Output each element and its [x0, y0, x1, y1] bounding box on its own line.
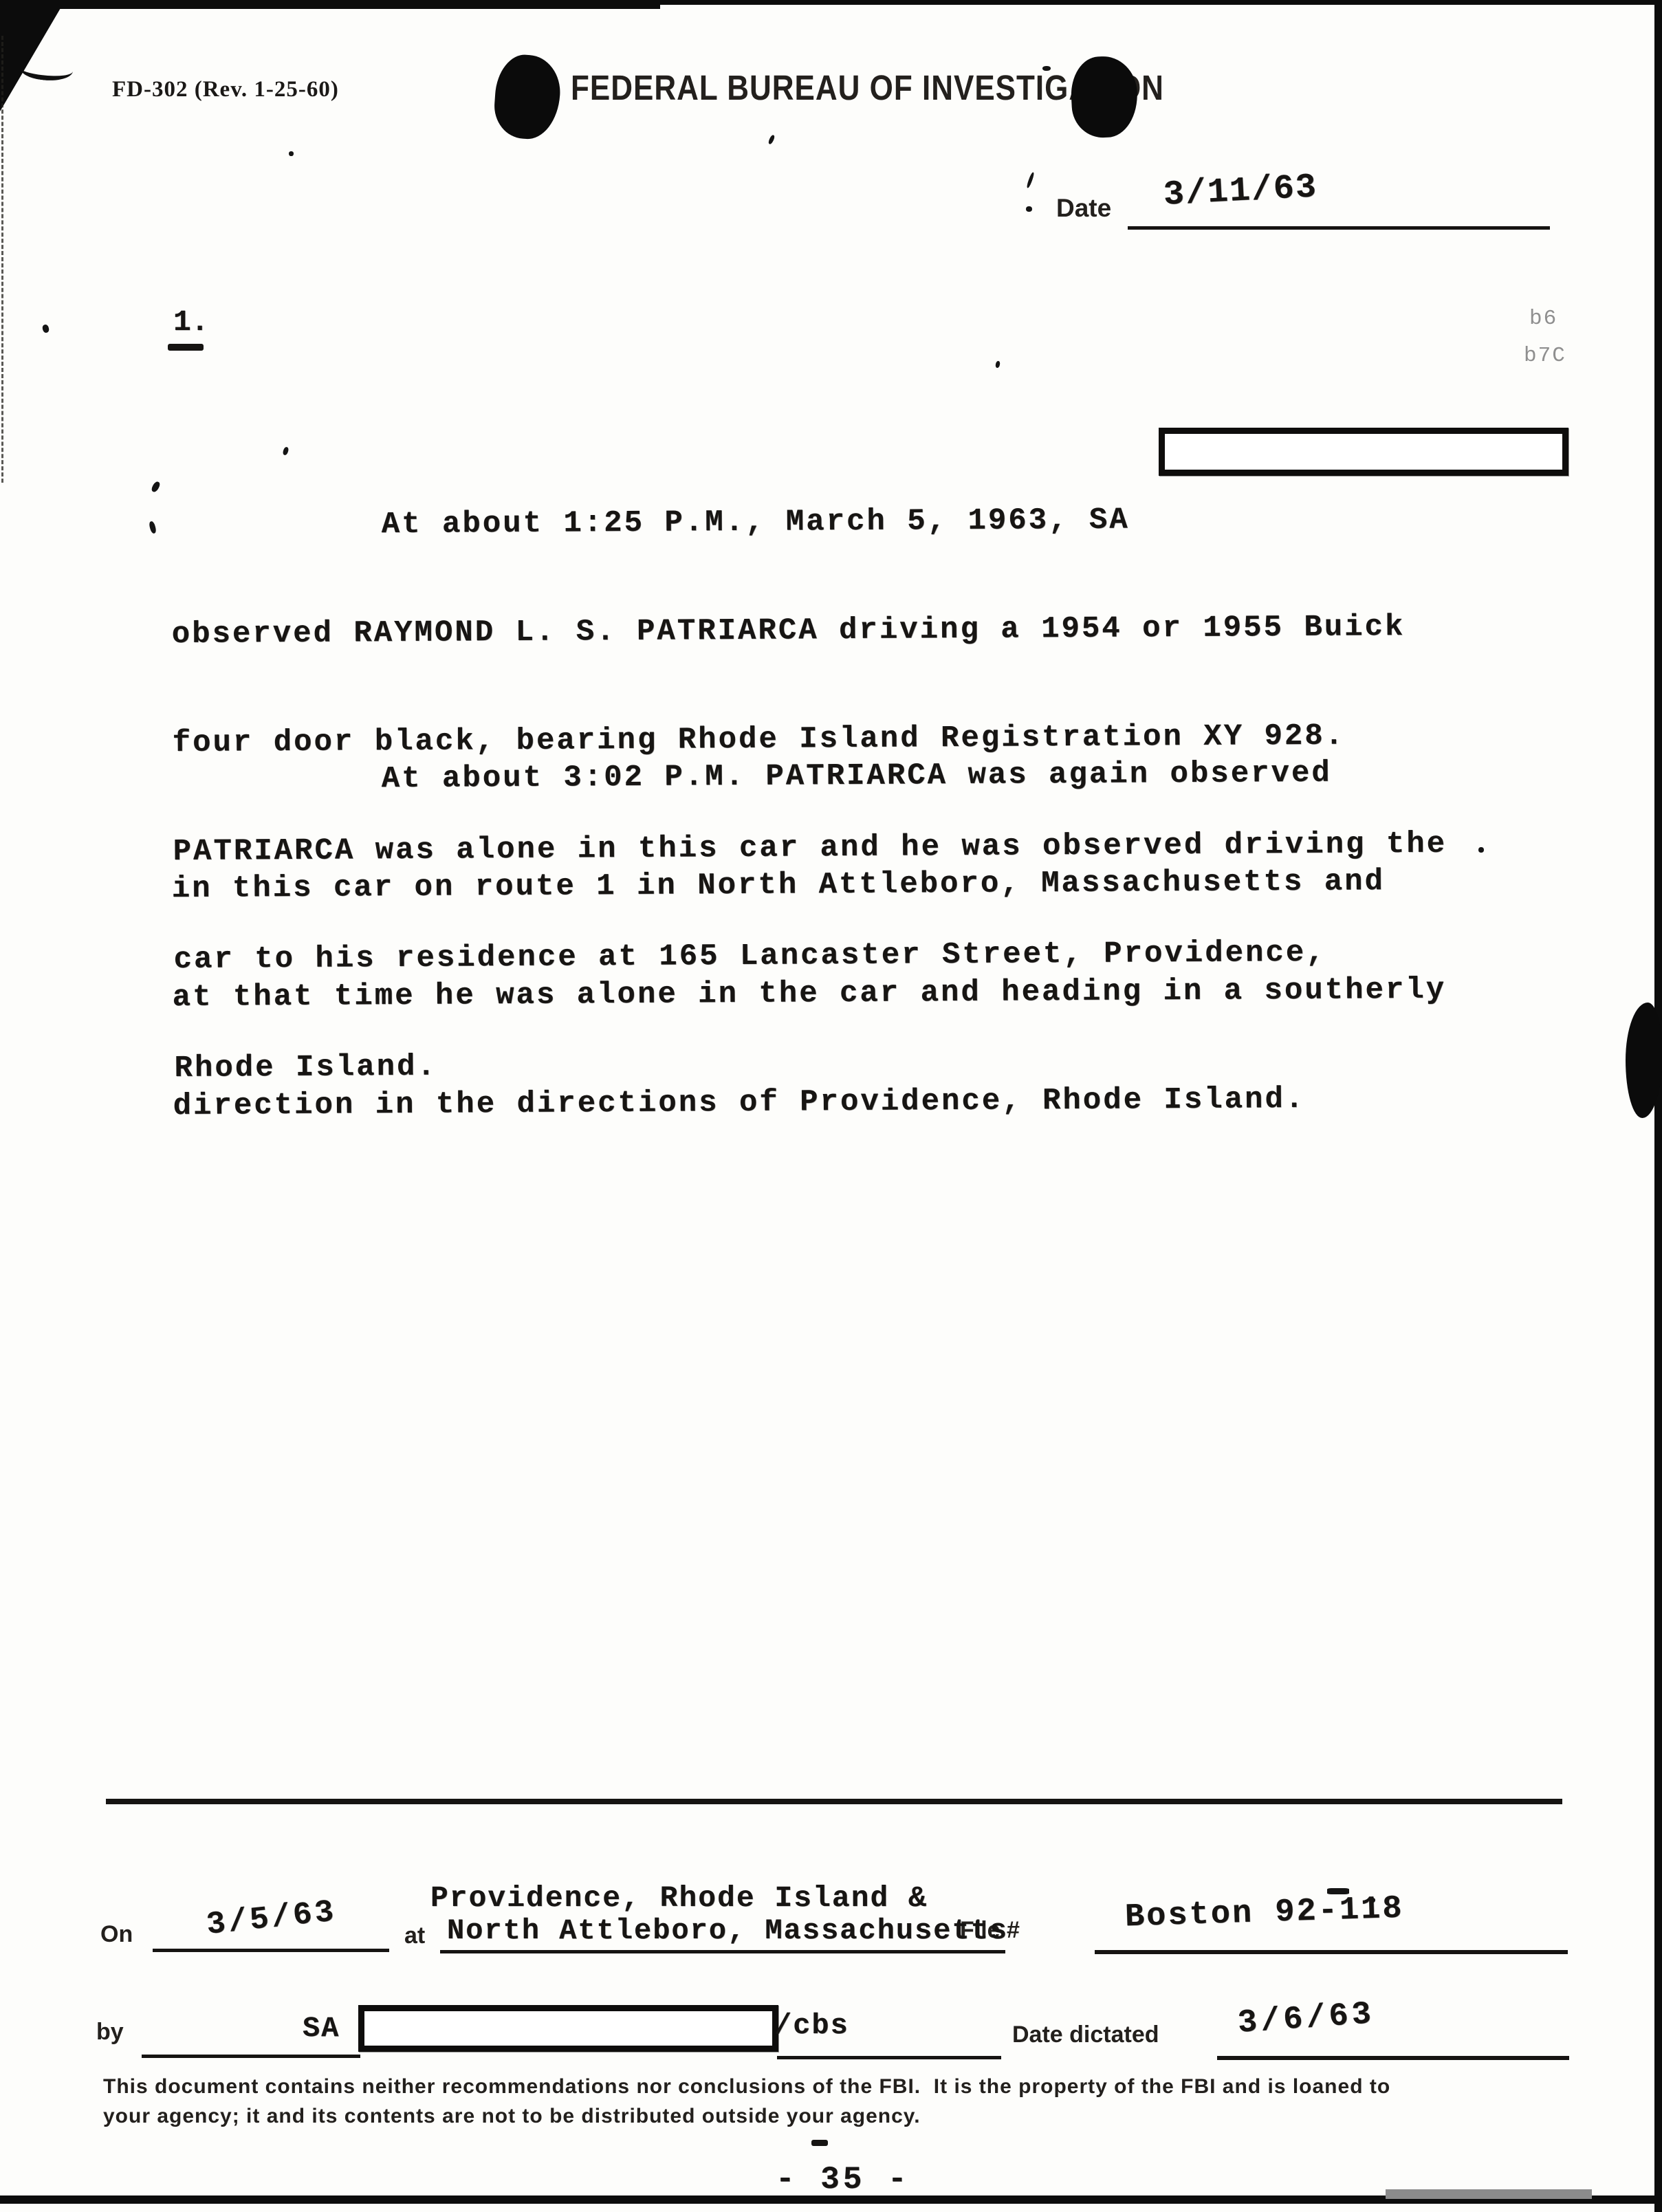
on-value: 3/5/63: [205, 1894, 338, 1943]
body-paragraph-2: At about 3:02 P.M. PATRIARCA was again o…: [171, 683, 1447, 1197]
ink-speck: [151, 481, 162, 493]
page-number-tick: [811, 2140, 828, 2146]
ink-speck: [1478, 847, 1484, 853]
file-underline: [1095, 1950, 1568, 1954]
body-line: direction in the directions of Providenc…: [173, 1080, 1447, 1124]
scan-edge-right: [1654, 0, 1662, 2212]
body-line: At about 1:25 P.M., March 5, 1963, SA: [171, 501, 1445, 545]
date-label: Date: [1056, 194, 1111, 223]
scan-edge-bottom-gray: [1386, 2189, 1592, 2199]
exemption-code-b6: b6: [1529, 307, 1557, 331]
at-value-line2: North Attleboro, Massachusetts: [447, 1914, 1008, 1947]
body-line: in this car on route 1 in North Attlebor…: [172, 864, 1446, 908]
body-line: At about 3:02 P.M. PATRIARCA was again o…: [171, 755, 1445, 799]
ink-speck: [1026, 172, 1035, 188]
redaction-box-by-agent: [358, 2005, 778, 2052]
by-value-suffix: /cbs: [774, 2009, 849, 2042]
by-underline-2: [777, 2056, 1001, 2059]
scan-corner-curl-mark: [19, 56, 74, 83]
item-number-underline: [168, 344, 204, 351]
fd302-document-page: FD-302 (Rev. 1-25-60) FEDERAL BUREAU OF …: [0, 0, 1662, 2212]
ink-blot-left: [492, 53, 562, 141]
ink-speck: [289, 151, 294, 156]
item-number: 1.: [173, 305, 209, 339]
disclaimer-line2: your agency; it and its contents are not…: [103, 2105, 921, 2128]
page-number: - 35 -: [776, 2162, 910, 2198]
ink-speck: [1026, 206, 1032, 212]
footer-separator-line: [106, 1799, 1562, 1804]
on-underline: [153, 1949, 389, 1952]
by-value-prefix: SA: [303, 2012, 340, 2045]
ink-speck: [42, 324, 50, 333]
by-label: by: [96, 2019, 124, 2046]
file-value: Boston 92-118: [1124, 1891, 1404, 1936]
on-label: On: [100, 1921, 133, 1948]
at-underline: [440, 1950, 1005, 1953]
at-label: at: [404, 1923, 425, 1949]
scan-edge-left-dashes: [1, 36, 3, 483]
date-dictated-underline: [1217, 2056, 1569, 2060]
exemption-code-b7c: b7C: [1524, 344, 1566, 368]
ink-speck: [995, 360, 1001, 368]
date-dictated-label: Date dictated: [1012, 2022, 1159, 2048]
ink-speck: [149, 521, 157, 534]
at-value-line1: Providence, Rhode Island &: [430, 1881, 928, 1915]
ink-speck: [767, 134, 775, 144]
disclaimer-line1: This document contains neither recommend…: [103, 2075, 1390, 2099]
scan-edge-top-thick: [0, 0, 660, 9]
body-line: observed RAYMOND L. S. PATRIARCA driving…: [172, 609, 1446, 653]
redaction-box-agent-name: [1159, 428, 1568, 476]
date-value: 3/11/63: [1163, 168, 1319, 215]
form-number: FD-302 (Rev. 1-25-60): [112, 77, 339, 102]
scan-corner-fold: [0, 0, 65, 111]
date-dictated-value: 3/6/63: [1236, 1996, 1375, 2042]
body-line: at that time he was alone in the car and…: [173, 972, 1447, 1016]
by-underline-1: [142, 2055, 360, 2058]
ink-blot-right: [1069, 55, 1139, 140]
date-underline: [1128, 226, 1550, 230]
